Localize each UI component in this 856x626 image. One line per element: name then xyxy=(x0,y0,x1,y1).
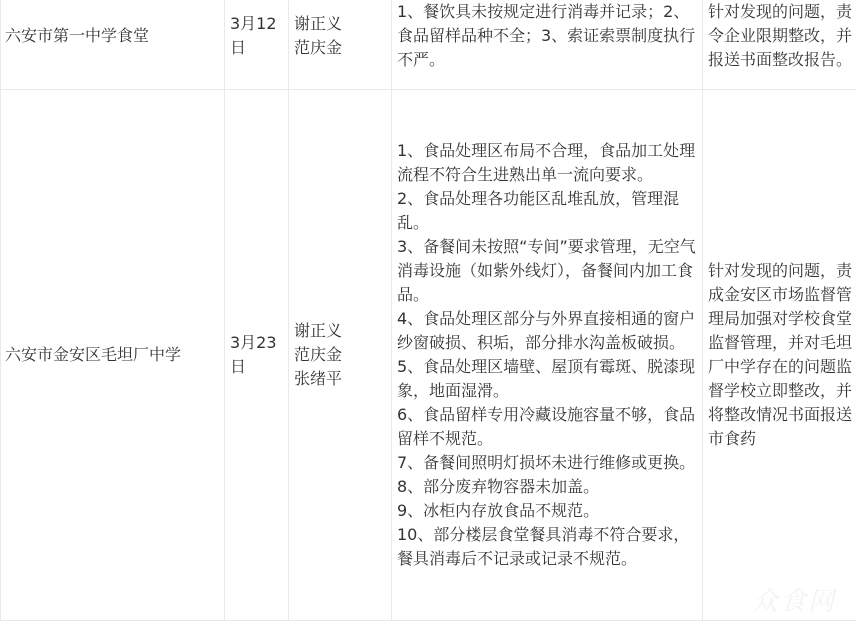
unit-name-cell: 六安市第一中学食堂 xyxy=(1,0,225,90)
inspectors-cell: 谢正义 范庆金 xyxy=(289,0,392,90)
issue-item: 8、部分废弃物容器未加盖。 xyxy=(397,475,699,499)
issue-item: 4、食品处理区部分与外界直接相通的窗户纱窗破损、积垢，部分排水沟盖板破损。 xyxy=(397,307,699,355)
issue-item: 9、冰柜内存放食品不规范。 xyxy=(397,499,699,523)
issues-cell: 1、餐饮具未按规定进行消毒并记录；2、食品留样品种不全；3、索证索票制度执行不严… xyxy=(392,0,703,90)
inspection-results-table: 六安市第一中学食堂 3月12日 谢正义 范庆金 1、餐饮具未按规定进行消毒并记录… xyxy=(0,0,856,621)
issue-item: 7、备餐间照明灯损坏未进行维修或更换。 xyxy=(397,451,699,475)
issue-item: 1、餐饮具未按规定进行消毒并记录；2、食品留样品种不全；3、索证索票制度执行不严… xyxy=(397,0,699,72)
table-row: 六安市第一中学食堂 3月12日 谢正义 范庆金 1、餐饮具未按规定进行消毒并记录… xyxy=(1,0,856,90)
issue-item: 3、备餐间未按照“专间”要求管理，无空气消毒设施（如紫外线灯），备餐间内加工食品… xyxy=(397,235,699,307)
inspection-table-container: 六安市第一中学食堂 3月12日 谢正义 范庆金 1、餐饮具未按规定进行消毒并记录… xyxy=(0,0,856,621)
unit-name-cell: 六安市金安区毛坦厂中学 xyxy=(1,90,225,621)
issue-item: 6、食品留样专用冷藏设施容量不够，食品留样不规范。 xyxy=(397,403,699,451)
inspection-date-cell: 3月12日 xyxy=(225,0,289,90)
issues-cell: 1、食品处理区布局不合理，食品加工处理流程不符合生进熟出单一流向要求。 2、食品… xyxy=(392,90,703,621)
action-cell: 针对发现的问题，责成金安区市场监督管理局加强对学校食堂监督管理，并对毛坦厂中学存… xyxy=(703,90,856,621)
issue-item: 1、食品处理区布局不合理，食品加工处理流程不符合生进熟出单一流向要求。 xyxy=(397,139,699,187)
issue-item: 5、食品处理区墙壁、屋顶有霉斑、脱漆现象，地面湿滑。 xyxy=(397,355,699,403)
issue-item: 2、食品处理各功能区乱堆乱放，管理混乱。 xyxy=(397,187,699,235)
table-row: 六安市金安区毛坦厂中学 3月23日 谢正义 范庆金 张绪平 1、食品处理区布局不… xyxy=(1,90,856,621)
action-cell: 针对发现的问题，责令企业限期整改，并报送书面整改报告。 xyxy=(703,0,856,90)
inspection-date-cell: 3月23日 xyxy=(225,90,289,621)
inspectors-cell: 谢正义 范庆金 张绪平 xyxy=(289,90,392,621)
issue-item: 10、部分楼层食堂餐具消毒不符合要求，餐具消毒后不记录或记录不规范。 xyxy=(397,523,699,571)
